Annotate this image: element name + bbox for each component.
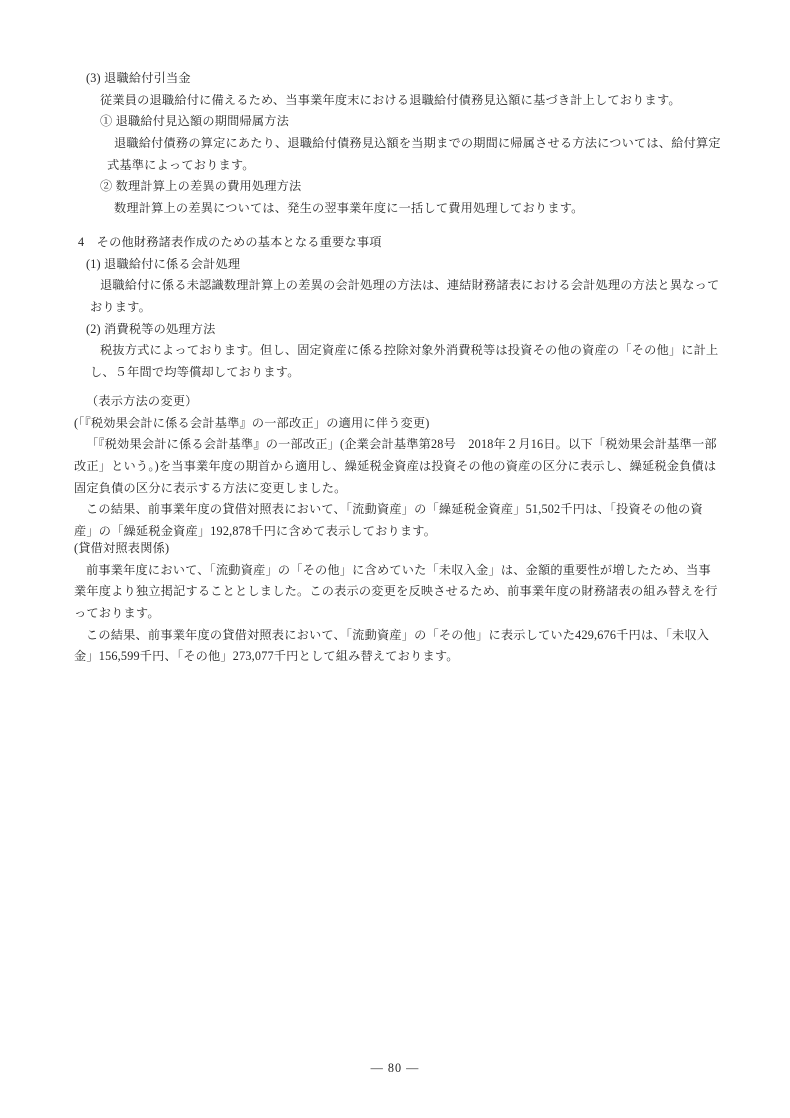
section-other-important-matters: 4 その他財務諸表作成のための基本となる重要な事項 (1) 退職給付に係る会計処… <box>0 232 790 384</box>
text-line: この結果、前事業年度の貸借対照表において、「流動資産」の「その他」に表示していた… <box>0 625 790 647</box>
text-line: し、５年間で均等償却しております。 <box>0 362 790 384</box>
text-line: 従業員の退職給付に備えるため、当事業年度末における退職給付債務見込額に基づき計上… <box>0 90 790 112</box>
text-line: ② 数理計算上の差異の費用処理方法 <box>0 176 790 198</box>
text-line: (「『税効果会計に係る会計基準』の一部改正」の適用に伴う変更) <box>0 413 790 435</box>
text-line: 「『税効果会計に係る会計基準』の一部改正」(企業会計基準第28号 2018年２月… <box>0 434 790 456</box>
text-line: 退職給付に係る未認識数理計算上の差異の会計処理の方法は、連結財務諸表における会計… <box>0 275 790 297</box>
section-retirement-benefit-allowance: (3) 退職給付引当金 従業員の退職給付に備えるため、当事業年度末における退職給… <box>0 68 790 220</box>
text-line: 式基準によっております。 <box>0 155 790 177</box>
text-line: (3) 退職給付引当金 <box>0 68 790 90</box>
text-line: っております。 <box>0 603 790 625</box>
text-line: この結果、前事業年度の貸借対照表において、「流動資産」の「繰延税金資産」51,5… <box>0 499 790 521</box>
section-presentation-method-changes: （表示方法の変更） (「『税効果会計に係る会計基準』の一部改正」の適用に伴う変更… <box>0 391 790 543</box>
text-line: 固定負債の区分に表示する方法に変更しました。 <box>0 478 790 500</box>
text-line: 数理計算上の差異については、発生の翌事業年度に一括して費用処理しております。 <box>0 198 790 220</box>
text-line: おります。 <box>0 297 790 319</box>
text-line: (貸借対照表関係) <box>0 538 790 560</box>
text-line: 改正」という。)を当事業年度の期首から適用し、繰延税金資産は投資その他の資産の区… <box>0 456 790 478</box>
text-line: 業年度より独立掲記することとしました。この表示の変更を反映させるため、前事業年度… <box>0 581 790 603</box>
text-line: （表示方法の変更） <box>0 391 790 413</box>
section-balance-sheet-notes: (貸借対照表関係) 前事業年度において、「流動資産」の「その他」に含めていた「未… <box>0 538 790 668</box>
text-line: (1) 退職給付に係る会計処理 <box>0 254 790 276</box>
text-line: ① 退職給付見込額の期間帰属方法 <box>0 111 790 133</box>
text-line: (2) 消費税等の処理方法 <box>0 319 790 341</box>
page-number: ― 80 ― <box>0 1058 790 1080</box>
text-line: 前事業年度において、「流動資産」の「その他」に含めていた「未収入金」は、金額的重… <box>0 560 790 582</box>
text-line: 税抜方式によっております。但し、固定資産に係る控除対象外消費税等は投資その他の資… <box>0 340 790 362</box>
text-line: 退職給付債務の算定にあたり、退職給付債務見込額を当期までの期間に帰属させる方法に… <box>0 133 790 155</box>
text-line: 金」156,599千円、「その他」273,077千円として組み替えております。 <box>0 646 790 668</box>
text-line: 4 その他財務諸表作成のための基本となる重要な事項 <box>0 232 790 254</box>
document-page: (3) 退職給付引当金 従業員の退職給付に備えるため、当事業年度末における退職給… <box>0 0 790 1118</box>
